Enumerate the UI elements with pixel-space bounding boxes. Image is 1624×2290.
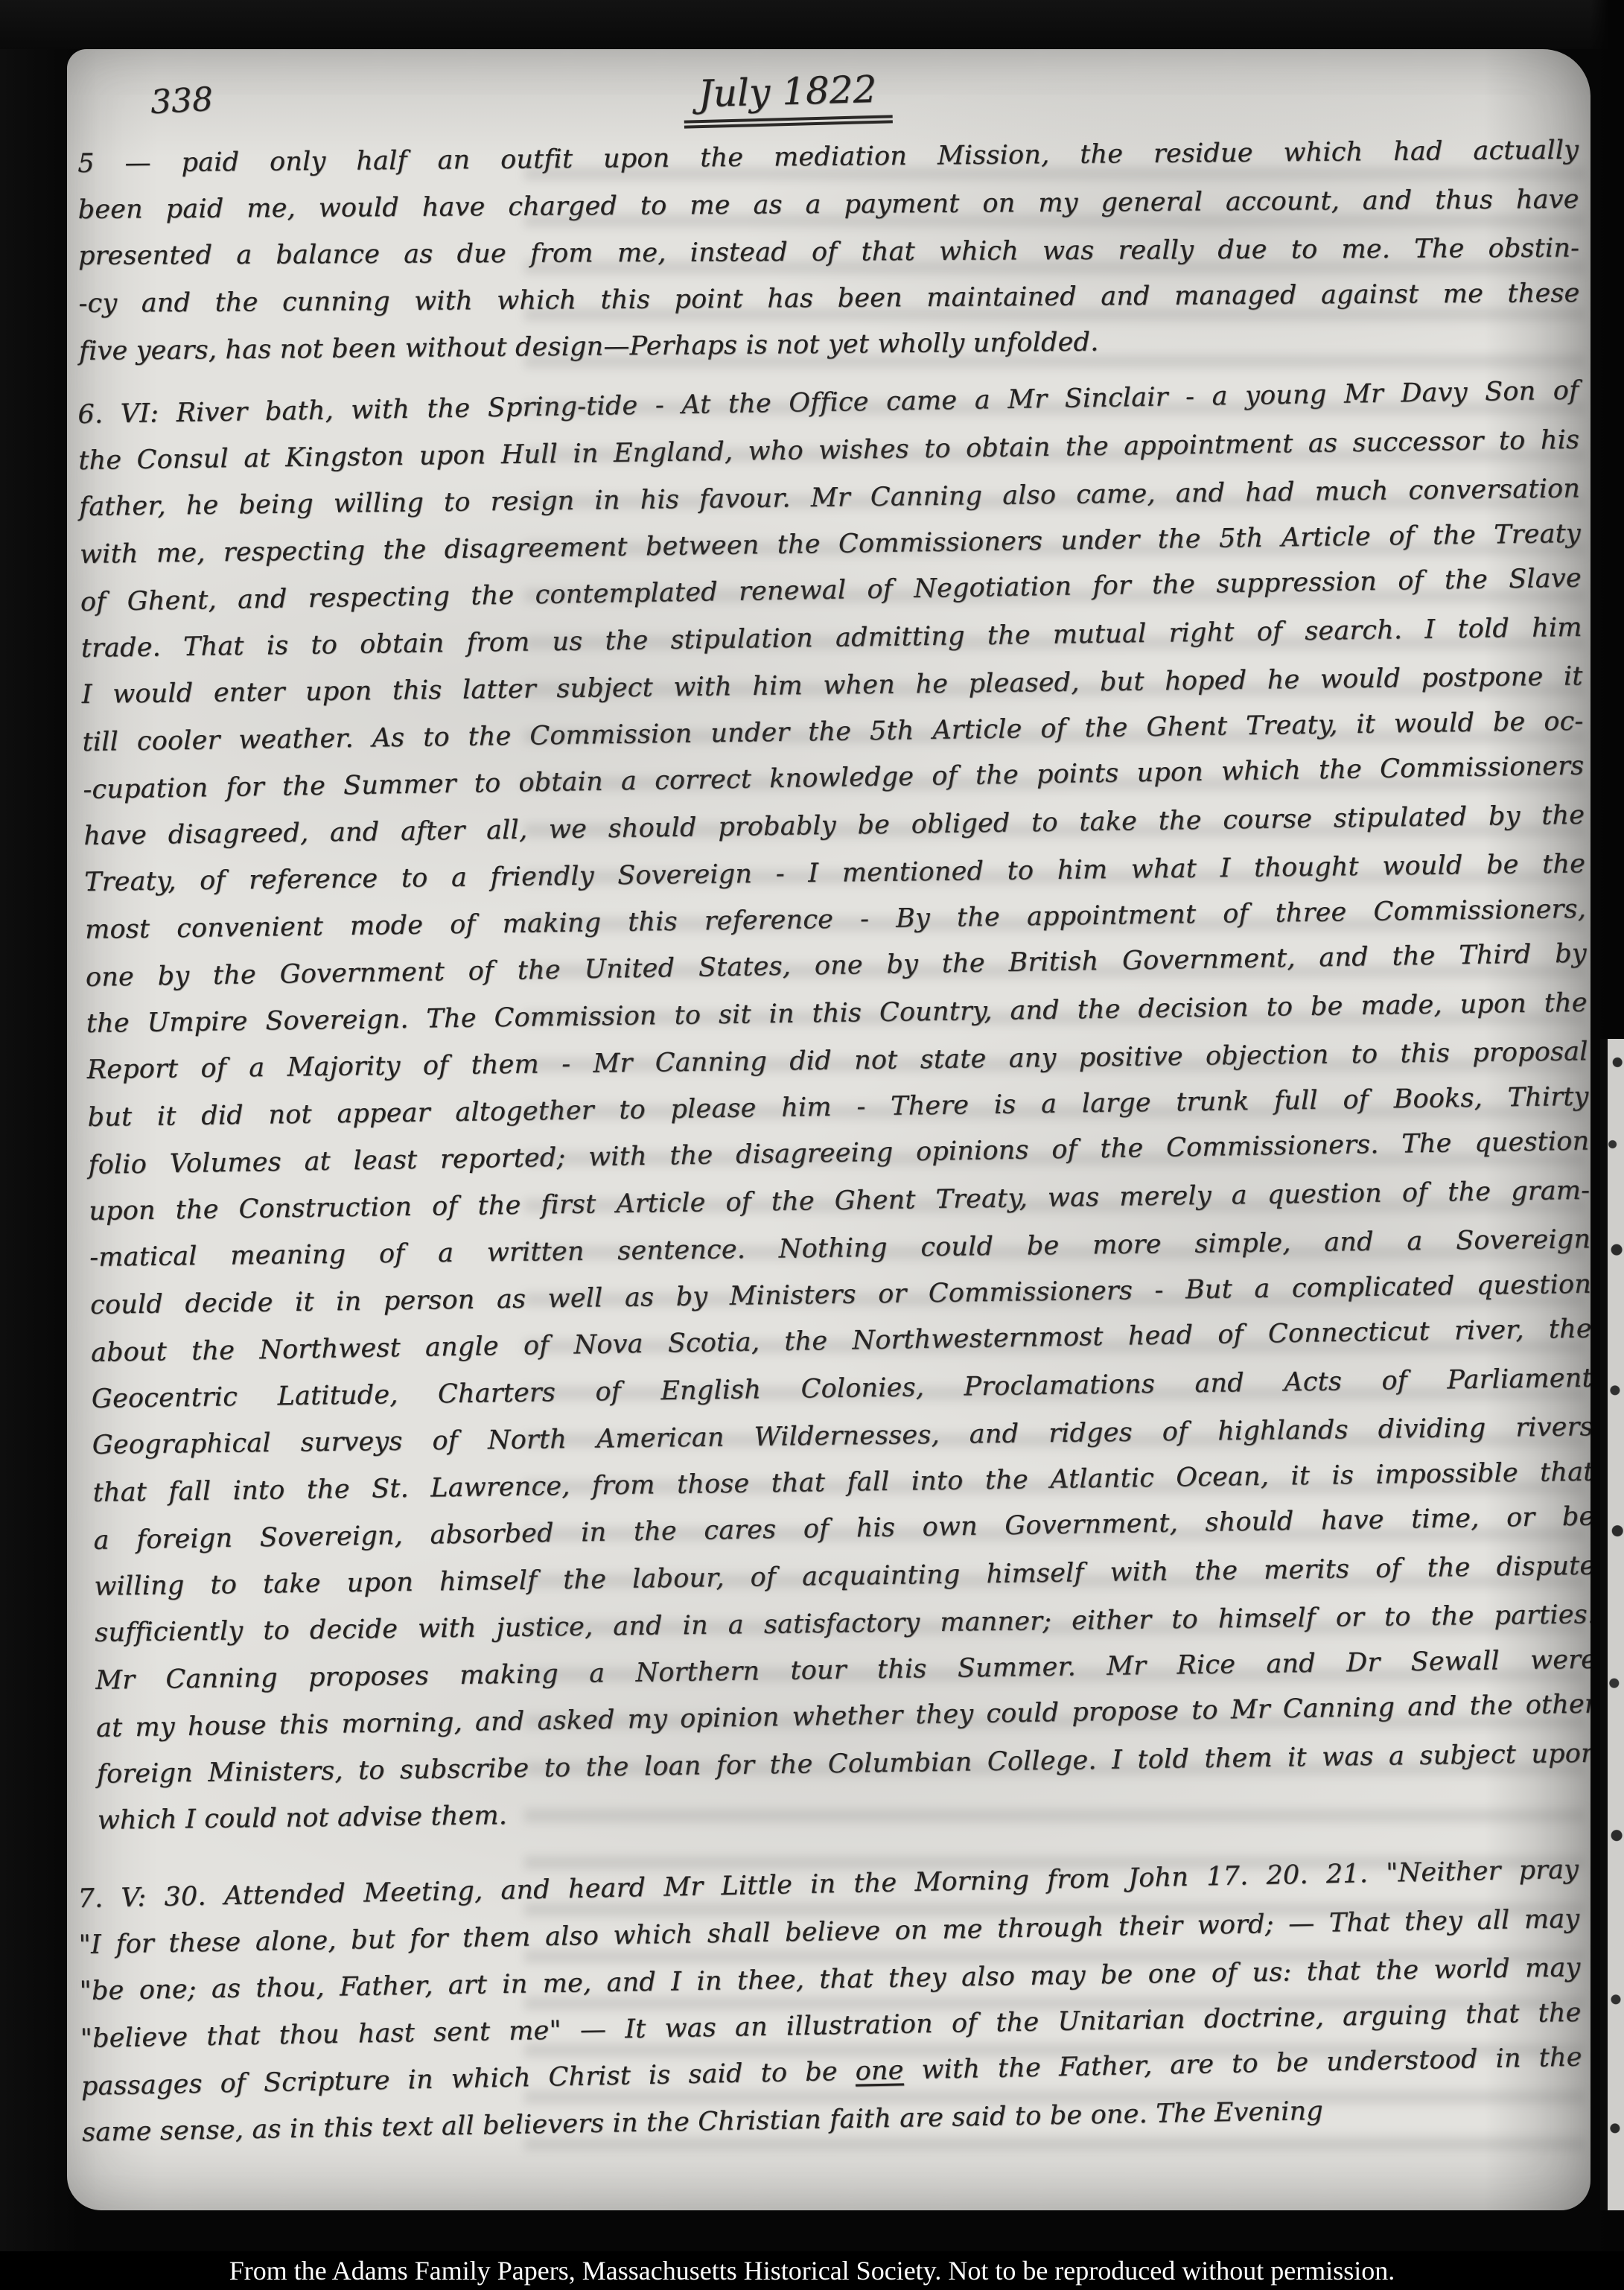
diary-entry-6: 6. VI: River bath, with the Spring-tide … bbox=[77, 370, 1590, 1845]
credit-text: From the Adams Family Papers, Massachuse… bbox=[229, 2255, 1395, 2286]
diary-entry-7: 7. V: 30. Attended Meeting, and heard Mr… bbox=[77, 1849, 1583, 2157]
next-page-sliver bbox=[1600, 1039, 1624, 2210]
manuscript-line: presented a balance as due from me, inst… bbox=[78, 225, 1579, 280]
underlined-word: one bbox=[855, 2055, 904, 2086]
heading-row: July 1822 bbox=[67, 70, 1590, 126]
diary-entry-5: 5 — paid only half an outfit upon the me… bbox=[77, 130, 1580, 375]
scan-top-band bbox=[0, 0, 1624, 49]
date-heading: July 1822 bbox=[683, 67, 892, 128]
manuscript-text: 5 — paid only half an outfit upon the me… bbox=[77, 140, 1579, 2157]
manuscript-page: 338 July 1822 5 — paid only half an outf… bbox=[67, 49, 1590, 2210]
scan-background: { "page": { "number": "338", "heading": … bbox=[0, 0, 1624, 2290]
credit-bar: From the Adams Family Papers, Massachuse… bbox=[0, 2251, 1624, 2290]
